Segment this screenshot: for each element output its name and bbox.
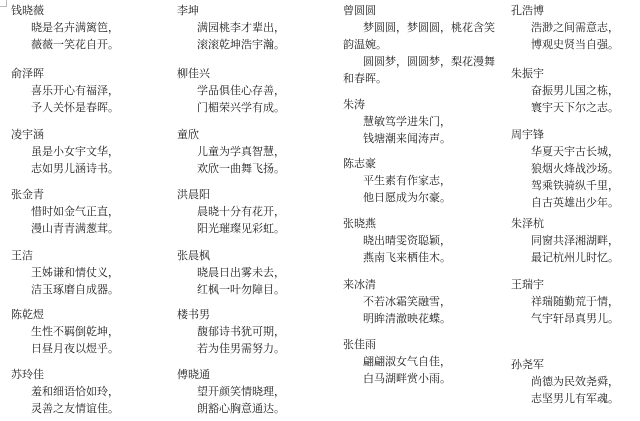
poem-line: 王姊谦和情仗义， — [11, 264, 119, 281]
poem-line: 欢欣一曲舞飞扬。 — [177, 160, 285, 177]
poem-entry: 童欣 儿童为学真智慧， 欢欣一曲舞飞扬。 — [177, 126, 285, 177]
student-name: 朱泽杭 — [511, 215, 619, 232]
poem-line: 驾乘铁骑纵千里， — [511, 177, 619, 194]
student-name: 朱涛 — [343, 96, 451, 113]
poem-line: 志如男儿涵诗书。 — [11, 160, 119, 177]
poem-line: 华夏天宇古长城， — [511, 143, 619, 160]
poem-line: 狼烟火烽战沙场。 — [511, 160, 619, 177]
student-name: 凌宇涵 — [11, 126, 119, 143]
poem-entry: 朱振宇 奋振男儿国之栋， 寰宇天下尔之志。 — [511, 65, 619, 116]
student-name: 王洁 — [11, 247, 119, 264]
poem-line: 滚滚乾坤浩宇瀚。 — [177, 36, 285, 53]
poem-line: 红枫一叶勿障目。 — [177, 281, 285, 298]
poem-line: 平生素有作家志， — [343, 172, 451, 189]
poem-entry: 朱泽杭 同窗共泽湘湖畔， 最记杭州儿时忆。 — [511, 215, 619, 266]
student-name: 楼书男 — [177, 306, 285, 323]
poem-line: 望开颜笑情晓理， — [177, 383, 285, 400]
poem-line: 羞和细语恰如玲， — [11, 383, 119, 400]
poem-line: 博观史贤当自强。 — [511, 36, 619, 53]
student-name: 张金青 — [11, 186, 119, 203]
poem-line: 若为佳男需努力。 — [177, 340, 285, 357]
poem-line: 予人关怀是春晖。 — [11, 99, 119, 116]
poem-entry: 王瑞宇 祥瑞随勤荒于情， 气宇轩昂真男儿。 — [511, 276, 619, 327]
poem-line: 晓出晴雯资聪颖， — [343, 232, 451, 249]
student-name: 来冰清 — [343, 276, 451, 293]
poem-line: 馥郁诗书犹可期， — [177, 323, 285, 340]
poem-entry: 孙尧军 尚德为民效尧舜， 志坚男儿有军魂。 — [511, 356, 619, 407]
poem-line: 阳光璀璨见彩虹。 — [177, 220, 285, 237]
student-name: 洪晨阳 — [177, 186, 285, 203]
poem-line: 奋振男儿国之栋， — [511, 82, 619, 99]
student-name: 张晓燕 — [343, 215, 451, 232]
student-name: 童欣 — [177, 126, 285, 143]
student-name: 张晨枫 — [177, 247, 285, 264]
poem-entry: 李坤 满园桃李才辈出， 滚滚乾坤浩宇瀚。 — [177, 2, 285, 53]
poem-paragraph: 圆圆梦，圆圆梦，梨花漫舞和春晖。 — [343, 53, 503, 87]
poem-line: 翩翩淑女气自佳， — [343, 353, 451, 370]
student-name: 周宇锋 — [511, 126, 619, 143]
student-name: 李坤 — [177, 2, 285, 19]
poem-line: 自古英雄出少年。 — [511, 194, 619, 211]
poem-line: 尚德为民效尧舜， — [511, 373, 619, 390]
poem-line: 同窗共泽湘湖畔， — [511, 232, 619, 249]
poem-entry: 楼书男 馥郁诗书犹可期， 若为佳男需努力。 — [177, 306, 285, 357]
poem-entry: 王洁 王姊谦和情仗义， 洁玉琢磨自成器。 — [11, 247, 119, 298]
poem-line: 学品俱佳心存善， — [177, 82, 285, 99]
poem-line: 志坚男儿有军魂。 — [511, 390, 619, 407]
poem-entry: 凌宇涵 虽是小女宇文华， 志如男儿涵诗书。 — [11, 126, 119, 177]
poem-line: 祥瑞随勤荒于情， — [511, 293, 619, 310]
poem-entry: 陈乾煜 生性不羁倒乾坤， 日昼月夜以煜乎。 — [11, 306, 119, 357]
poem-entry: 洪晨阳 晨晓十分有花开， 阳光璀璨见彩虹。 — [177, 186, 285, 237]
poem-line: 白马湖畔赏小雨。 — [343, 370, 451, 387]
poem-paragraph: 梦圆圆，梦圆圆，桃花含笑韵温婉。 — [343, 19, 503, 53]
poem-line: 晨晓十分有花开， — [177, 203, 285, 220]
poem-line: 虽是小女宇文华， — [11, 143, 119, 160]
poem-entry: 朱涛 慧敏笃学进朱门， 钱塘潮来闻涛声。 — [343, 96, 451, 147]
student-name: 钱晓薇 — [11, 2, 119, 19]
poem-entry: 曾圆圆 梦圆圆，梦圆圆，桃花含笑韵温婉。 圆圆梦，圆圆梦，梨花漫舞和春晖。 — [343, 2, 503, 87]
poem-entry: 张佳雨 翩翩淑女气自佳， 白马湖畔赏小雨。 — [343, 336, 451, 387]
poem-line: 儿童为学真智慧， — [177, 143, 285, 160]
poem-line: 朗豁心胸意通达。 — [177, 400, 285, 417]
student-name: 苏玲佳 — [11, 366, 119, 383]
student-name: 陈乾煜 — [11, 306, 119, 323]
poem-entry: 孔浩博 浩渺之间需意志， 博观史贤当自强。 — [511, 2, 619, 53]
poem-entry: 张晓燕 晓出晴雯资聪颖， 燕南飞来栖佳木。 — [343, 215, 451, 266]
poem-line: 门楣荣兴学有成。 — [177, 99, 285, 116]
poem-entry: 来冰清 不若冰霜笑融雪， 明眸清澈映花蝶。 — [343, 276, 451, 327]
poem-entry: 傅晓通 望开颜笑情晓理， 朗豁心胸意通达。 — [177, 366, 285, 417]
poem-entry: 陈志豪 平生素有作家志， 他日愿成为尔豪。 — [343, 155, 451, 206]
poem-line: 生性不羁倒乾坤， — [11, 323, 119, 340]
student-name: 张佳雨 — [343, 336, 451, 353]
poem-line: 浩渺之间需意志， — [511, 19, 619, 36]
student-name: 俞泽晖 — [11, 65, 119, 82]
poem-entry: 张晨枫 晓晨日出雾未去， 红枫一叶勿障目。 — [177, 247, 285, 298]
poem-entry: 周宇锋 华夏天宇古长城， 狼烟火烽战沙场。 驾乘铁骑纵千里， 自古英雄出少年。 — [511, 126, 619, 211]
poem-entry: 苏玲佳 羞和细语恰如玲， 灵善之友情谊佳。 — [11, 366, 119, 417]
student-name: 柳佳兴 — [177, 65, 285, 82]
poem-line: 不若冰霜笑融雪， — [343, 293, 451, 310]
poem-line: 惜时如金气正直， — [11, 203, 119, 220]
poem-line: 明眸清澈映花蝶。 — [343, 310, 451, 327]
student-name: 傅晓通 — [177, 366, 285, 383]
poem-line: 他日愿成为尔豪。 — [343, 189, 451, 206]
student-name: 曾圆圆 — [343, 2, 503, 19]
student-name: 王瑞宇 — [511, 276, 619, 293]
student-name: 朱振宇 — [511, 65, 619, 82]
poem-line: 漫山青青满葱茸。 — [11, 220, 119, 237]
poem-line: 洁玉琢磨自成器。 — [11, 281, 119, 298]
poem-line: 气宇轩昂真男儿。 — [511, 310, 619, 327]
student-name: 陈志豪 — [343, 155, 451, 172]
poem-line: 寰宇天下尔之志。 — [511, 99, 619, 116]
student-name: 孔浩博 — [511, 2, 619, 19]
poem-entry: 钱晓薇 晓是名卉满篱笆， 薇薇一笑花自开。 — [11, 2, 119, 53]
poem-line: 钱塘潮来闻涛声。 — [343, 130, 451, 147]
page-corner-mark — [0, 0, 7, 7]
student-name: 孙尧军 — [511, 356, 619, 373]
poem-line: 晓晨日出雾未去， — [177, 264, 285, 281]
poem-line: 日昼月夜以煜乎。 — [11, 340, 119, 357]
poem-line: 慧敏笃学进朱门， — [343, 113, 451, 130]
poem-line: 薇薇一笑花自开。 — [11, 36, 119, 53]
poem-entry: 张金青 惜时如金气正直， 漫山青青满葱茸。 — [11, 186, 119, 237]
poem-line: 灵善之友情谊佳。 — [11, 400, 119, 417]
poem-line: 喜乐开心有福泽， — [11, 82, 119, 99]
poem-entry: 柳佳兴 学品俱佳心存善， 门楣荣兴学有成。 — [177, 65, 285, 116]
poem-line: 最记杭州儿时忆。 — [511, 249, 619, 266]
poem-line: 晓是名卉满篱笆， — [11, 19, 119, 36]
poem-entry: 俞泽晖 喜乐开心有福泽， 予人关怀是春晖。 — [11, 65, 119, 116]
poem-line: 满园桃李才辈出， — [177, 19, 285, 36]
poem-line: 燕南飞来栖佳木。 — [343, 249, 451, 266]
